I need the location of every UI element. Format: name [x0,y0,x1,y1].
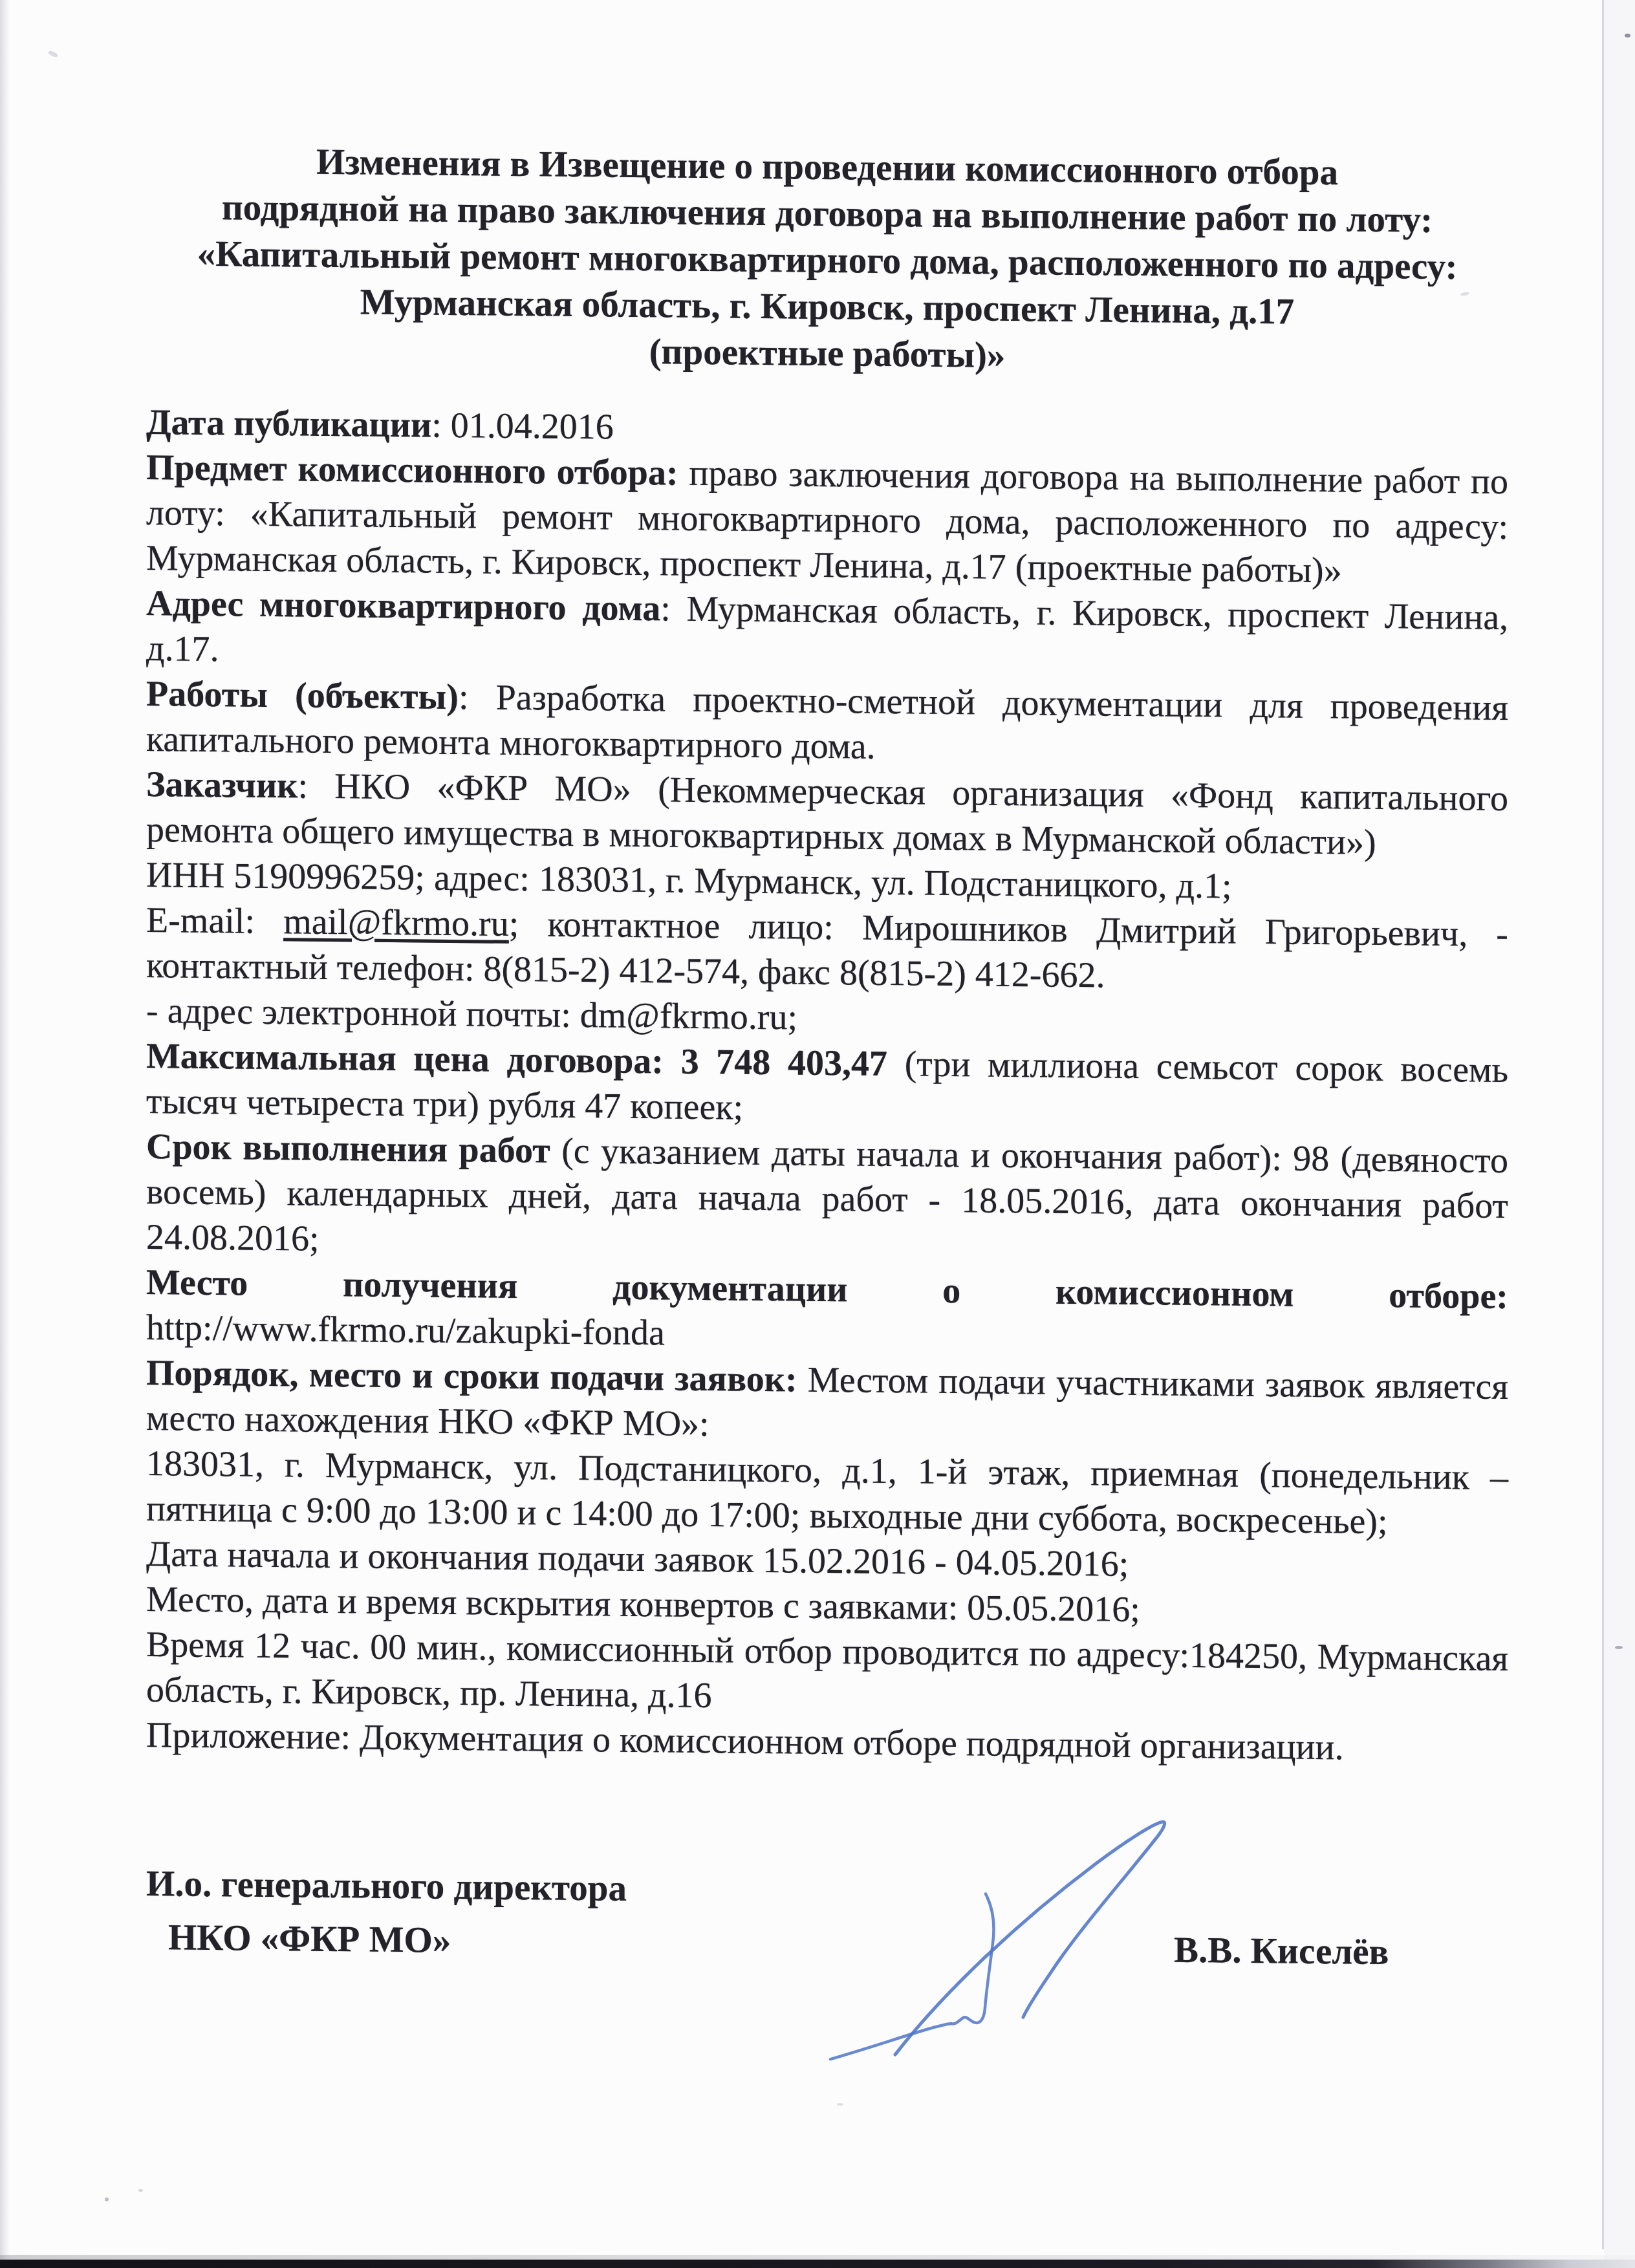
field-customer: Заказчик: НКО «ФКР МО» (Некоммерческая о… [146,762,1508,867]
field-subject: Предмет комиссионного отбора: право закл… [146,445,1508,595]
field-max-price-label: Максимальная цена договора: 3 748 403,47 [146,1036,887,1084]
field-house-address-label: Адрес многоквартирного дома [146,583,660,629]
field-publication-date-value: : 01.04.2016 [431,405,614,448]
scanned-document-page: Изменения в Извещение о проведении комис… [0,0,1635,2268]
scan-artifact-bottom-edge [0,2260,1635,2268]
field-contacts-pre: E-mail: [146,900,283,942]
signature-block: И.о. генерального директора НКО «ФКР МО»… [146,1861,1508,1974]
field-customer-label: Заказчик [146,764,298,806]
field-works: Работы (объекты): Разработка проектно-см… [146,671,1508,776]
field-term: Срок выполнения работ (с указанием даты … [146,1124,1508,1274]
signature-name: В.В. Киселёв [1174,1928,1389,1975]
scan-speck [138,2189,143,2192]
field-customer-text: : НКО «ФКР МО» (Некоммерческая организац… [146,766,1508,862]
scan-artifact-bottom-shadow [0,2255,1635,2260]
field-works-label: Работы (объекты) [146,674,459,717]
field-publication-date-label: Дата публикации [146,402,431,446]
field-opening-time: Время 12 час. 00 мин., комиссионный отбо… [146,1622,1508,1727]
doc-title: Изменения в Извещение о проведении комис… [146,137,1508,384]
field-contacts: E-mail: mail@fkrmo.ru; контактное лицо: … [146,898,1508,1002]
signature-position-line1: И.о. генерального директора [146,1861,1508,1921]
email-link-text: mail@fkrmo.ru [283,902,509,944]
field-subject-label: Предмет комиссионного отбора: [146,448,678,493]
scan-speck [1615,1646,1623,1649]
scan-speck [1625,34,1630,38]
scan-artifact-right-shade [1604,0,1635,2268]
scan-speck [47,50,58,58]
scan-artifact-right-line [1602,0,1604,2249]
document-content: Изменения в Извещение о проведении комис… [146,137,1508,1974]
scan-speck [837,2103,843,2106]
field-max-price: Максимальная цена договора: 3 748 403,47… [146,1033,1508,1138]
field-house-address: Адрес многоквартирного дома: Мурманская … [146,581,1508,686]
field-submission-label: Порядок, место и сроки подачи заявок: [146,1353,797,1400]
field-term-label: Срок выполнения работ [146,1127,550,1171]
scan-speck [105,2198,109,2201]
scan-artifact-left-edge [0,0,10,2268]
field-submission: Порядок, место и сроки подачи заявок: Ме… [146,1350,1508,1455]
field-submission-address: 183031, г. Мурманск, ул. Подстаницкого, … [146,1441,1508,1546]
